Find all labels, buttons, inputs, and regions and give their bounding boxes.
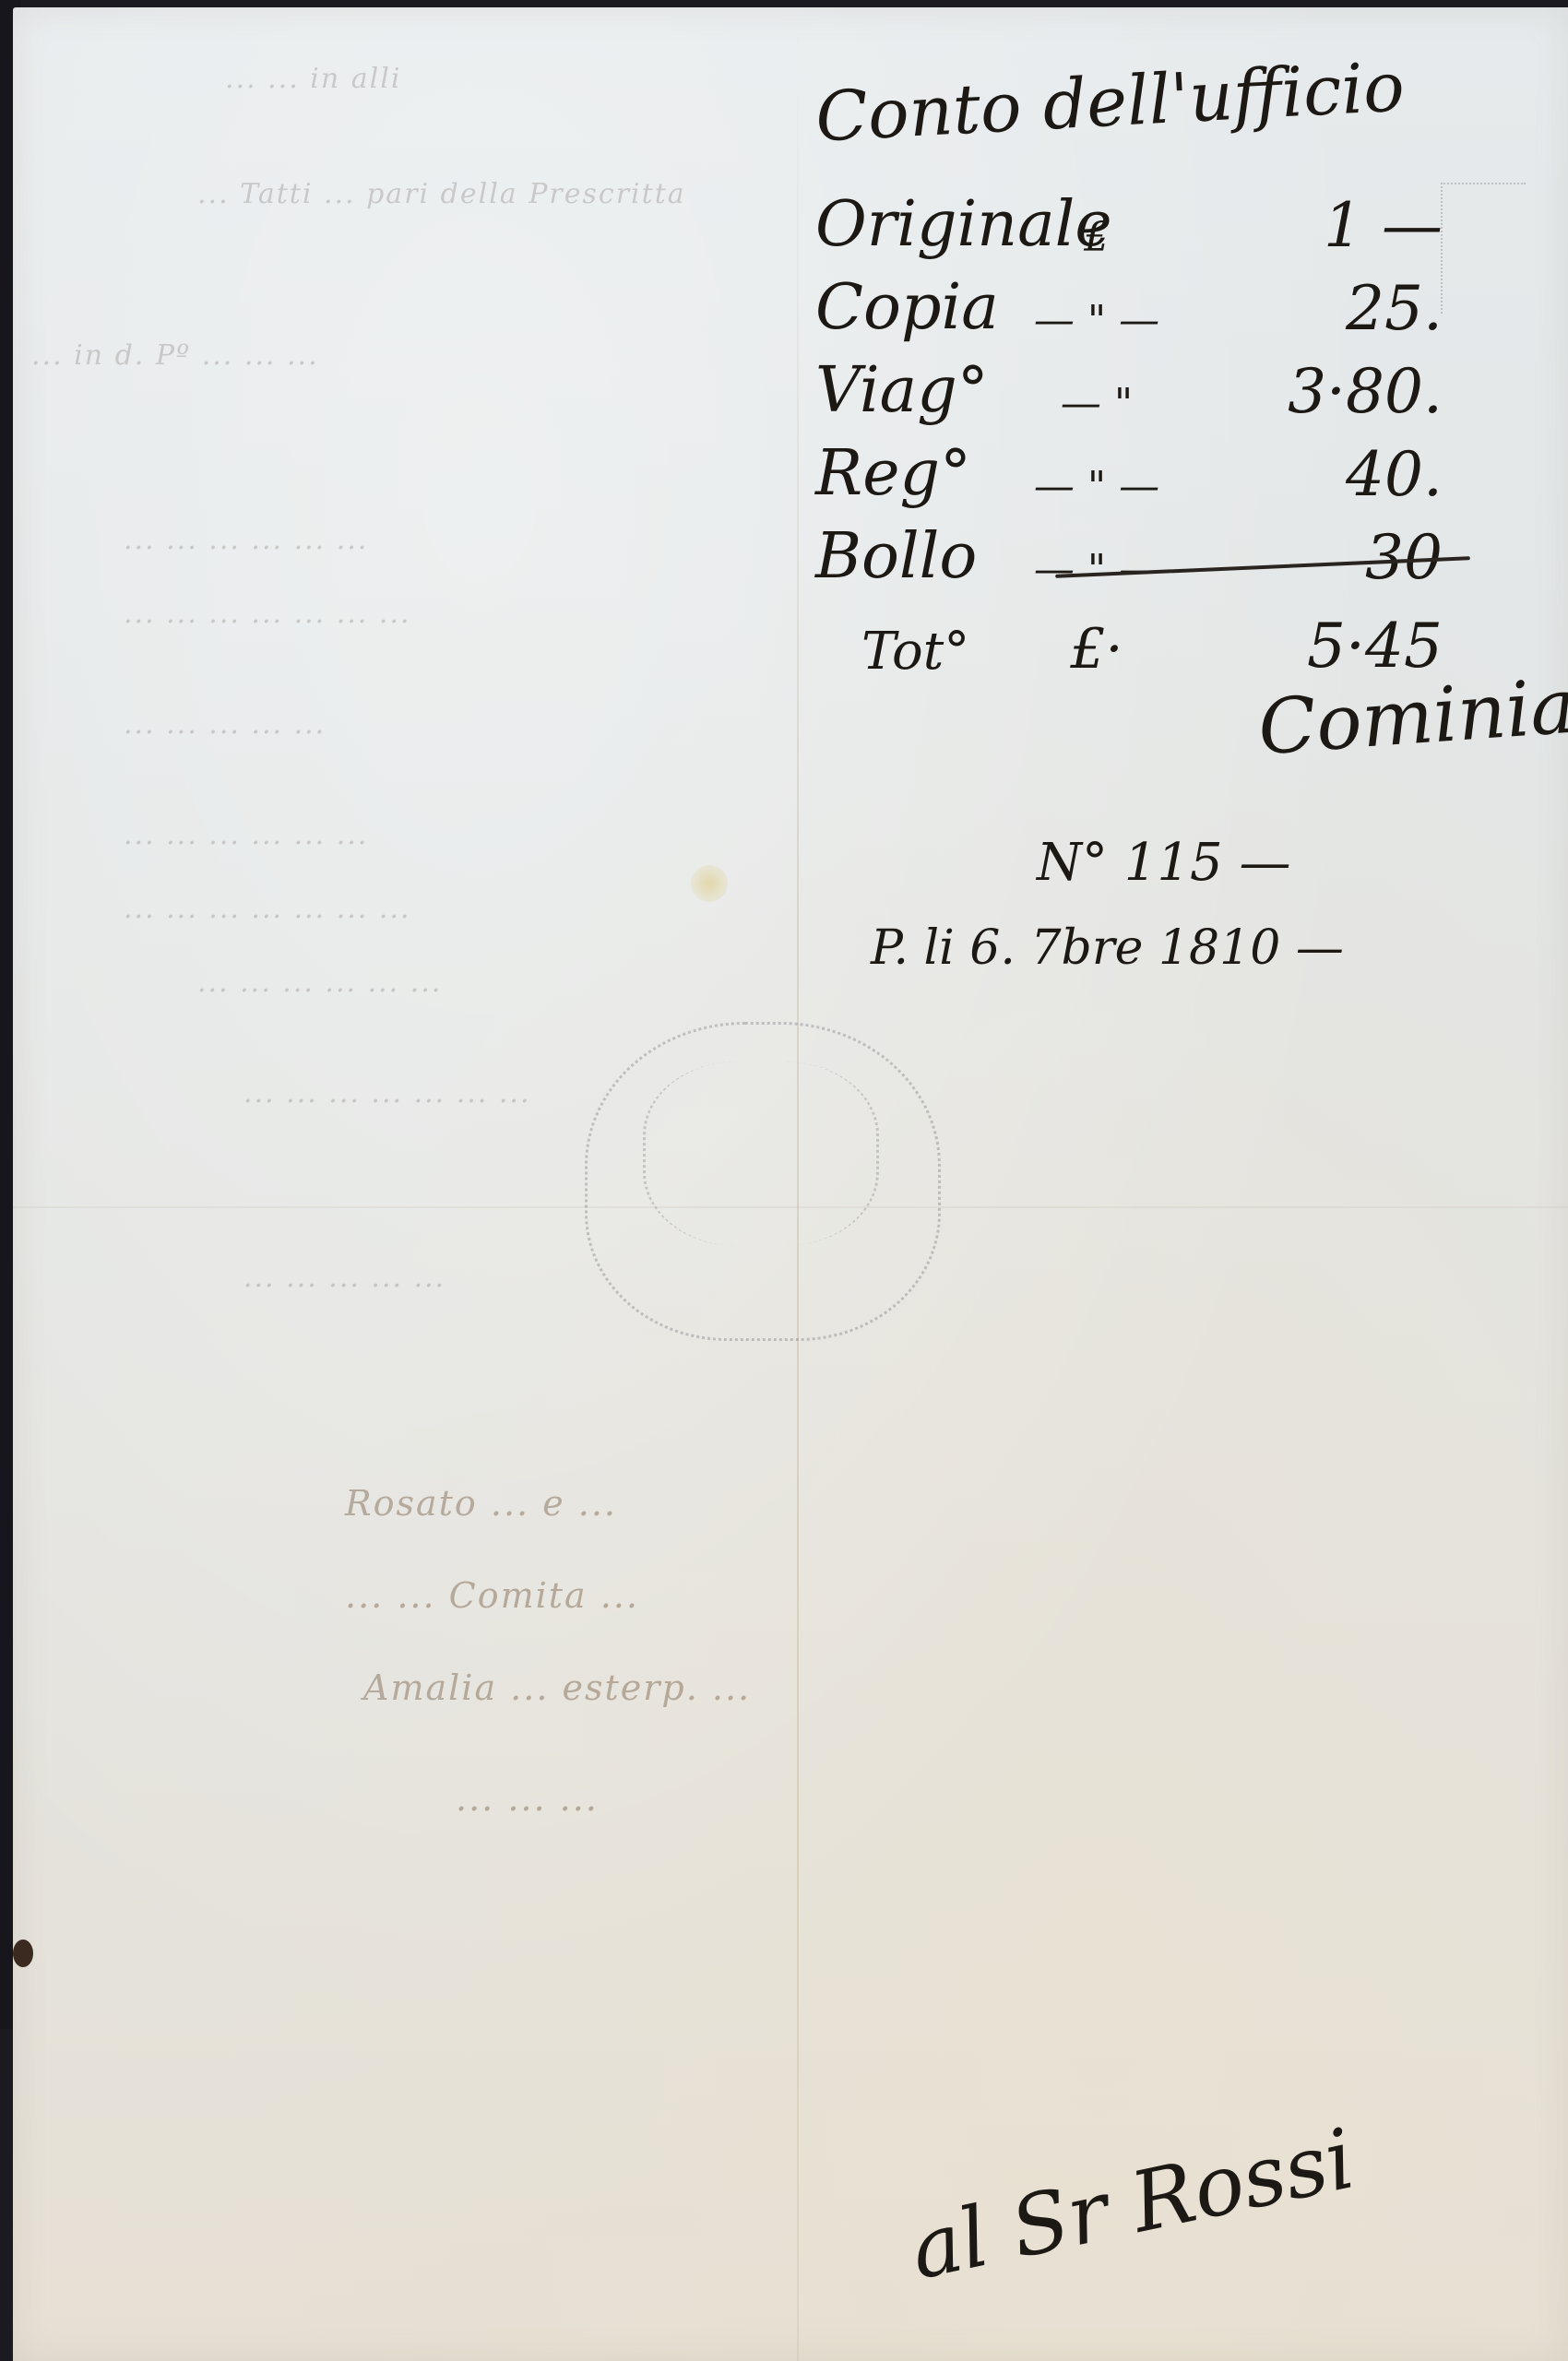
ledger-ditto: — " —: [1028, 297, 1166, 344]
yellow-stain: [691, 865, 728, 902]
bleed-through-line: ... ... ... ... ... ... ...: [124, 893, 410, 925]
total-label: Tot°: [815, 622, 1028, 682]
bleed-through-line: ... ... ... ... ... ... ...: [244, 1077, 530, 1109]
bleed-through-line: ... in d. Pº ... ... ...: [31, 339, 319, 372]
ledger-label: Originale: [815, 188, 1028, 261]
ledger-row: Copia — " — 25.: [815, 261, 1479, 344]
ledger-row: Bollo — " — 30: [815, 510, 1479, 593]
bleed-through-line: ... ... ... ... ...: [124, 708, 326, 741]
ledger-label: Copia: [815, 271, 1028, 344]
bleed-through-line: ... ... ... ... ...: [244, 1262, 445, 1294]
fee-ledger: Originale £ 1 — Copia — " — 25. Viag° — …: [815, 178, 1479, 682]
ledger-label: Reg°: [815, 437, 1028, 510]
bleed-through-line: ... Tatti ... pari della Prescritta: [197, 178, 686, 210]
account-heading: Conto dell'ufficio: [814, 47, 1407, 157]
ledger-row: Viag° — " 3·80.: [815, 344, 1479, 427]
ledger-ditto: — " —: [1028, 463, 1166, 510]
ledger-row: Reg° — " — 40.: [815, 427, 1479, 510]
bleed-through-line: Amalia ... esterp. ...: [363, 1667, 751, 1708]
total-amount: 5·45: [1166, 611, 1443, 682]
ledger-amount: 25.: [1166, 273, 1443, 344]
bleed-through-line: ... ... ... ... ... ...: [124, 524, 368, 556]
ink-blot: [13, 1940, 33, 1967]
ledger-amount: 30: [1166, 522, 1443, 593]
ledger-currency: £: [1028, 214, 1166, 261]
ledger-amount: 40.: [1166, 439, 1443, 510]
bleed-through-line: ... ... Comita ...: [345, 1575, 639, 1616]
ledger-amount: 3·80.: [1166, 356, 1443, 427]
document-number: N° 115 —: [1037, 833, 1291, 893]
bleed-through-line: ... ... ... ... ... ... ...: [124, 598, 410, 630]
bleed-through-line: ... ... ... ... ... ...: [197, 967, 442, 999]
ledger-total-row: Tot° £· 5·45: [815, 599, 1479, 682]
ledger-ditto: — ": [1028, 380, 1166, 427]
bleed-through-line: Rosato ... e ...: [345, 1483, 617, 1524]
ledger-amount: 1 —: [1166, 190, 1443, 261]
ledger-label: Bollo: [815, 520, 1028, 593]
embossed-eagle-seal: [585, 1022, 941, 1341]
manuscript-page: ... ... in alli ... Tatti ... pari della…: [13, 7, 1568, 2361]
ledger-label: Viag°: [815, 354, 1028, 427]
bleed-through-line: ... ... ... ... ... ...: [124, 819, 368, 851]
ledger-row: Originale £ 1 —: [815, 178, 1479, 261]
bleed-through-line: ... ... in alli: [225, 63, 401, 95]
bleed-through-line: ... ... ...: [456, 1778, 599, 1819]
addressee-signature: al Sr Rossi: [902, 2110, 1362, 2298]
ledger-ditto: — " —: [1028, 546, 1166, 593]
document-date: P. li 6. 7bre 1810 —: [871, 920, 1344, 976]
total-currency: £·: [1028, 617, 1166, 682]
